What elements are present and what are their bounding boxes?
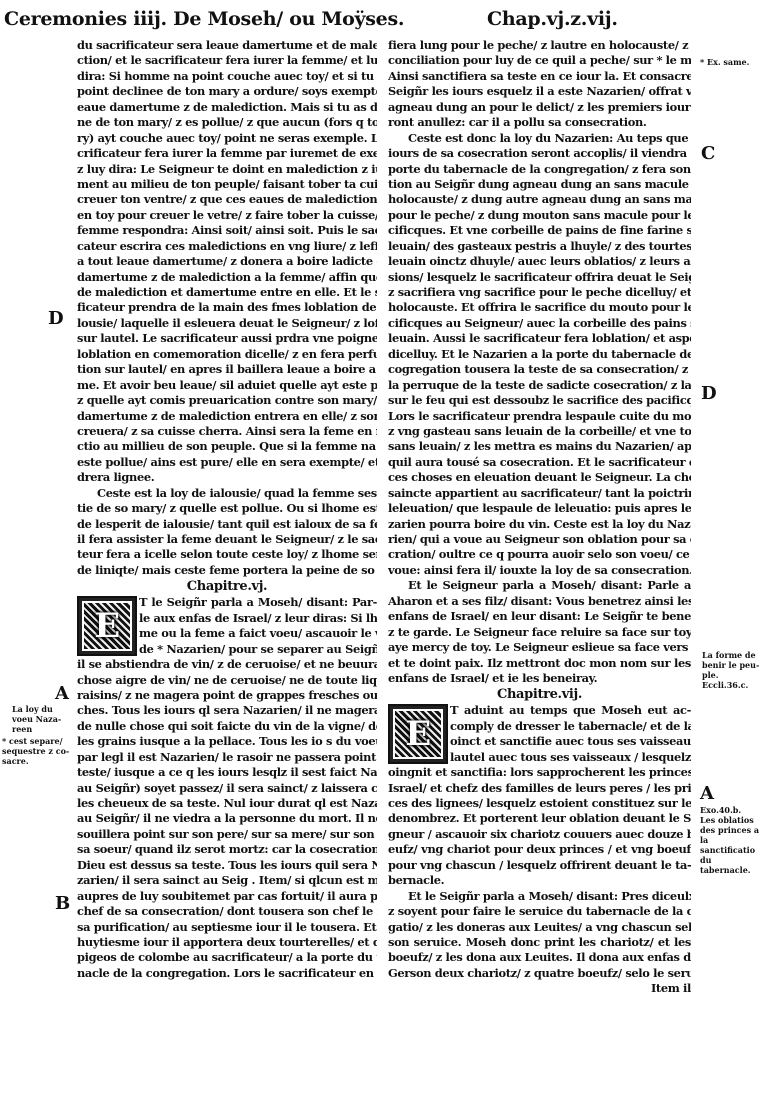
text-line: au Seigñr/ il ne viedra a la personne du… xyxy=(77,811,377,826)
text-line: il se abstiendra de vin/ z de ceruoise/ … xyxy=(77,657,377,672)
text-line: agneau dung an pour le delict/ z les pre… xyxy=(388,100,691,115)
margin-note-separate: * cest separe/ sequestre z co- sacre. xyxy=(2,736,74,766)
text-line: denombrez. Et porterent leur oblation de… xyxy=(388,811,691,826)
margin-section-letter-d-right: D xyxy=(701,383,717,404)
text-line: les cheueux de sa teste. Nul iour durat … xyxy=(77,796,377,811)
text-line: chef de sa consecration/ dont tousera so… xyxy=(77,904,377,919)
text-line: zarien/ il sera sainct au Seig . Item/ s… xyxy=(77,873,377,888)
text-line: Seigñr les iours esquelz il a este Nazar… xyxy=(388,84,691,99)
text-line: leuain/ des gasteaux pestris a lhuyle/ z… xyxy=(388,239,691,254)
text-line: sa soeur/ quand ilz serot mortz: car la … xyxy=(77,842,377,857)
text-line: z te garde. Le Seigneur face reluire sa … xyxy=(388,625,691,640)
text-line: de nulle chose qui soit faicte du vin de… xyxy=(77,719,377,734)
text-line: Dieu est dessus sa teste. Tous les iours… xyxy=(77,858,377,873)
text-line: gatio/ z les doneras aux Leuites/ a vng … xyxy=(388,920,691,935)
text-line: le aux enfas de Israel/ z leur diras: Si… xyxy=(139,611,377,626)
text-line: gneur / ascauoir six chariotz couuers au… xyxy=(388,827,691,842)
text-line: este pollue/ ains est pure/ elle en sera… xyxy=(77,455,377,470)
text-line: tion au Seigñr dung agneau dung an sans … xyxy=(388,177,691,192)
text-line: leuain oinctz dhuyle/ auec leurs oblatio… xyxy=(388,254,691,269)
text-line: creuera/ z sa cuisse cherra. Ainsi sera … xyxy=(77,424,377,439)
text-line: a tout leaue damertume/ z donera a boire… xyxy=(77,254,377,269)
left-paragraph-1: du sacrificateur sera leaue damertume et… xyxy=(77,38,377,486)
left-text-column: du sacrificateur sera leaue damertume et… xyxy=(77,38,377,981)
text-line: point declinee de ton mary a ordure/ soy… xyxy=(77,84,377,99)
text-line: par legl il est Nazarien/ le rasoir ne p… xyxy=(77,750,377,765)
margin-section-letter-a-right: A xyxy=(700,783,714,804)
text-line: Et le Seigñr parla a Moseh/ disant: Pres… xyxy=(388,889,691,904)
text-line: creuer ton ventre/ z que ces eaues de ma… xyxy=(77,192,377,207)
initial-letter: E xyxy=(393,709,443,759)
margin-note-blessing-form: La forme de benir le peu- ple. Eccli.36.… xyxy=(702,650,764,690)
text-line: les grains iusque a la pellace. Tous les… xyxy=(77,734,377,749)
text-line: teste/ iusque a ce q les iours lesqlz il… xyxy=(77,765,377,780)
text-line: sa purification/ au septiesme iour il le… xyxy=(77,920,377,935)
header-title-left: Ceremonies iiij. De Moseh/ ou Moÿses. xyxy=(4,8,404,30)
text-line: dira: Si homme na point couche auec toy/… xyxy=(77,69,377,84)
text-line: loblation en comemoration dicelle/ z en … xyxy=(77,347,377,362)
margin-section-letter-b: B xyxy=(55,893,70,914)
text-line: rien/ qui a voue au Seigneur son oblatio… xyxy=(388,532,691,547)
text-line: pigeos de colombe au sacrificateur/ a la… xyxy=(77,950,377,965)
text-line: eufz/ vng chariot pour deux princes / et… xyxy=(388,842,691,857)
text-line: souillera point sur son pere/ sur sa mer… xyxy=(77,827,377,842)
text-line: de liniqte/ mais ceste feme portera la p… xyxy=(77,563,377,578)
illuminated-initial: E xyxy=(77,596,137,656)
text-line: Israel/ et chefz des familles de leurs p… xyxy=(388,781,691,796)
text-line: bernacle. xyxy=(388,873,691,888)
text-line: z sacrifiera vng sacrifice pour le peche… xyxy=(388,285,691,300)
text-line: ront anullez: car il a pollu sa consecra… xyxy=(388,115,691,130)
text-line: au Seigñr) soyet passez/ il sera sainct/… xyxy=(77,781,377,796)
chapter-vj-opening: E T le Seigñr parla a Moseh/ disant: Par… xyxy=(77,595,377,657)
text-line: sans leuain/ z les mettra es mains du Na… xyxy=(388,439,691,454)
text-line: holocauste/ z dung autre agneau dung an … xyxy=(388,192,691,207)
right-paragraph-5: Et le Seigñr parla a Moseh/ disant: Pres… xyxy=(388,889,691,982)
text-line: ctio au millieu de son peuple. Que si la… xyxy=(77,439,377,454)
text-line: leuain. Aussi le sacrificateur fera lobl… xyxy=(388,331,691,346)
text-line: cration/ oultre ce q pourra auoir selo s… xyxy=(388,547,691,562)
text-line: drera lignee. xyxy=(77,470,377,485)
text-line: eaue damertume z de malediction. Mais si… xyxy=(77,100,377,115)
text-line: Et le Seigneur parla a Moseh/ disant: Pa… xyxy=(388,578,691,593)
text-line: damertume z de malediction a la femme/ a… xyxy=(77,270,377,285)
text-line: sions/ lesquelz le sacrificateur offrira… xyxy=(388,270,691,285)
text-line: Gerson deux chariotz/ z quatre boeufz/ s… xyxy=(388,966,691,981)
text-line: ment au milieu de ton peuple/ faisant to… xyxy=(77,177,377,192)
text-line: cateur escrira ces maledictions en vng l… xyxy=(77,239,377,254)
text-line: ry) ayt couche auec toy/ point ne seras … xyxy=(77,131,377,146)
margin-note-nazarite-law: La loy du voeu Naza- reen xyxy=(12,704,74,734)
margin-note-princes-offerings: Exo.40.b. Les oblatios des princes a la … xyxy=(700,805,764,875)
right-paragraph-2: Ceste est donc la loy du Nazarien: Au te… xyxy=(388,131,691,579)
left-paragraph-2: Ceste est la loy de ialousie/ quad la fe… xyxy=(77,486,377,579)
text-line: tie de so mary/ z quelle est pollue. Ou … xyxy=(77,501,377,516)
header-chapter-right: Chap.vj.z.vij. xyxy=(487,8,618,30)
margin-note-reference: * Ex. same. xyxy=(700,57,749,67)
text-line: aupres de luy soubitemet par cas fortuit… xyxy=(77,889,377,904)
text-line: femme respondra: Ainsi soit/ ainsi soit.… xyxy=(77,223,377,238)
text-line: de malediction et damertume entre en ell… xyxy=(77,285,377,300)
text-line: ction/ et le sacrificateur fera iurer la… xyxy=(77,53,377,68)
text-line: aye mercy de toy. Le Seigneur eslieue sa… xyxy=(388,640,691,655)
margin-section-letter-d: D xyxy=(48,308,64,329)
text-line: holocauste. Et offrira le sacrifice du m… xyxy=(388,300,691,315)
text-line: leleuation/ que lespaule de leleuatio: p… xyxy=(388,501,691,516)
text-line: T le Seigñr parla a Moseh/ disant: Par- xyxy=(139,595,377,610)
text-line: z quelle ayt comis preuarication contre … xyxy=(77,393,377,408)
text-line: pour le peche/ z dung mouton sans macule… xyxy=(388,208,691,223)
text-line: me ou la feme a faict voeu/ ascauoir le … xyxy=(139,626,377,641)
text-line: cificques au Seigneur/ auec la corbeille… xyxy=(388,316,691,331)
text-line: Ceste est donc la loy du Nazarien: Au te… xyxy=(388,131,691,146)
text-line: cificques. Et vne corbeille de pains de … xyxy=(388,223,691,238)
text-line: en toy pour creuer le vetre/ z faire tob… xyxy=(77,208,377,223)
text-line: cogregation tousera la teste de sa conse… xyxy=(388,362,691,377)
text-line: tion sur lautel/ en apres il baillera le… xyxy=(77,362,377,377)
text-line: de * Nazarien/ pour se separer au Seigñr… xyxy=(139,642,377,657)
text-line: saincte appartient au sacrificateur/ tan… xyxy=(388,486,691,501)
text-line: et te doint paix. Ilz mettront doc mon n… xyxy=(388,656,691,671)
text-line: lousie/ laquelle il esleuera deuat le Se… xyxy=(77,316,377,331)
text-line: fiera lung pour le peche/ z lautre en ho… xyxy=(388,38,691,53)
margin-section-letter-a: A xyxy=(55,683,69,704)
text-line: T aduint au temps que Moseh eut ac- xyxy=(450,703,691,718)
text-line: nacle de la congregation. Lors le sacrif… xyxy=(77,966,377,981)
illuminated-initial: E xyxy=(388,704,448,764)
text-line: enfans de Israel/ en leur disant: Le Sei… xyxy=(388,609,691,624)
text-line: oinct et sanctifie auec tous ses vaissea… xyxy=(450,734,691,749)
text-line: porte du tabernacle de la congregation/ … xyxy=(388,162,691,177)
left-paragraph-3: il se abstiendra de vin/ z de ceruoise/ … xyxy=(77,657,377,981)
text-line: Aharon et a ses filz/ disant: Vous benet… xyxy=(388,594,691,609)
text-line: comply de dresser le tabernacle/ et de l… xyxy=(450,719,691,734)
right-text-column: fiera lung pour le peche/ z lautre en ho… xyxy=(388,38,691,997)
text-line: Lors le sacrificateur prendra lespaule c… xyxy=(388,409,691,424)
text-line: lautel auec tous ses vaisseaux / lesquel… xyxy=(450,750,691,765)
text-line: sur lautel. Le sacrificateur aussi prdra… xyxy=(77,331,377,346)
text-line: iours de sa cosecration seront accoplis/… xyxy=(388,146,691,161)
text-line: ces choses en eleuation deuant le Seigne… xyxy=(388,470,691,485)
text-line: ficateur prendra de la main des fmes lob… xyxy=(77,300,377,315)
chapter-heading-vj: Chapitre.vj. xyxy=(77,578,377,595)
text-line: Ainsi sanctifiera sa teste en ce iour la… xyxy=(388,69,691,84)
text-line: sur le feu qui est dessoubz le sacrifice… xyxy=(388,393,691,408)
text-line: pour vng chascun / lesquelz offrirent de… xyxy=(388,858,691,873)
text-line: il fera assister la feme deuant le Seign… xyxy=(77,532,377,547)
text-line: du sacrificateur sera leaue damertume et… xyxy=(77,38,377,53)
chapter-heading-vij: Chapitre.vij. xyxy=(388,686,691,703)
text-line: enfans de Israel/ et ie les beneiray. xyxy=(388,671,691,686)
text-line: Ceste est la loy de ialousie/ quad la fe… xyxy=(77,486,377,501)
text-line: z luy dira: Le Seigneur te doint en male… xyxy=(77,162,377,177)
text-line: oingnit et sanctifia: lors sapprocherent… xyxy=(388,765,691,780)
catchword: Item il xyxy=(388,981,691,996)
text-line: boeufz/ z les dona aux Leuites. Il dona … xyxy=(388,950,691,965)
text-line: damertume z de malediction entrera en el… xyxy=(77,409,377,424)
text-line: voue: ainsi fera il/ iouxte la loy de sa… xyxy=(388,563,691,578)
text-line: crificateur fera iurer la femme par iure… xyxy=(77,146,377,161)
margin-section-letter-c: C xyxy=(701,143,715,164)
text-line: me. Et avoir beu leaue/ sil aduiet quell… xyxy=(77,378,377,393)
text-line: son seruice. Moseh donc print les chario… xyxy=(388,935,691,950)
text-line: la perruque de la teste de sadicte cosec… xyxy=(388,378,691,393)
text-line: ne de ton mary/ z es pollue/ z que aucun… xyxy=(77,115,377,130)
text-line: ches. Tous les iours ql sera Nazarien/ i… xyxy=(77,703,377,718)
text-line: teur fera a icelle selon toute ceste loy… xyxy=(77,547,377,562)
text-line: de lesperit de ialousie/ tant quil est i… xyxy=(77,517,377,532)
text-line: chose aigre de vin/ ne de ceruoise/ ne d… xyxy=(77,673,377,688)
text-line: conciliation pour luy de ce quil a peche… xyxy=(388,53,691,68)
text-line: ces des lignees/ lesquelz estoient const… xyxy=(388,796,691,811)
chapter-vij-opening: E T aduint au temps que Moseh eut ac-com… xyxy=(388,703,691,765)
text-line: raisins/ z ne magera point de grappes fr… xyxy=(77,688,377,703)
text-line: dicelluy. Et le Nazarien a la porte du t… xyxy=(388,347,691,362)
running-header: Ceremonies iiij. De Moseh/ ou Moÿses. Ch… xyxy=(0,8,765,36)
right-paragraph-1: fiera lung pour le peche/ z lautre en ho… xyxy=(388,38,691,131)
text-line: quil aura tousé sa cosecration. Et le sa… xyxy=(388,455,691,470)
text-line: zarien pourra boire du vin. Ceste est la… xyxy=(388,517,691,532)
text-line: huytiesme iour il apportera deux tourter… xyxy=(77,935,377,950)
right-paragraph-4: oingnit et sanctifia: lors sapprocherent… xyxy=(388,765,691,889)
initial-letter: E xyxy=(82,601,132,651)
text-line: z vng gasteau sans leuain de la corbeill… xyxy=(388,424,691,439)
right-paragraph-3: Et le Seigneur parla a Moseh/ disant: Pa… xyxy=(388,578,691,686)
text-line: z soyent pour faire le seruice du tabern… xyxy=(388,904,691,919)
